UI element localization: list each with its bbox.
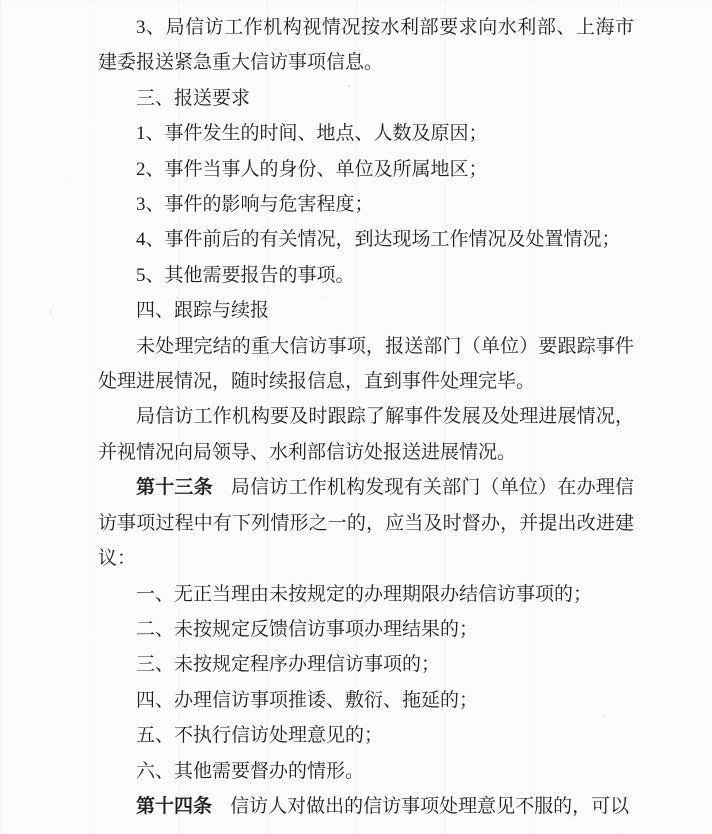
article-number: 第十三条: [136, 477, 213, 498]
document-page: 3、局信访工作机构视情况按水利部要求向水利部、上海市建委报送紧急重大信访事项信息…: [0, 0, 712, 834]
paragraph: 3、事件的影响与危害程度；: [98, 187, 634, 222]
document-body: 3、局信访工作机构视情况按水利部要求向水利部、上海市建委报送紧急重大信访事项信息…: [0, 10, 712, 824]
paragraph-text: 1、事件发生的时间、地点、人数及原因；: [136, 123, 488, 144]
paragraph: 四、跟踪与续报: [98, 293, 634, 328]
paragraph-text: 五、不执行信访处理意见的；: [136, 725, 383, 746]
paragraph-text: 六、其他需要督办的情形。: [136, 761, 364, 782]
paragraph-text: 3、事件的影响与危害程度；: [136, 194, 374, 215]
paragraph: 一、无正当理由未按规定的办理期限办结信访事项的；: [98, 577, 634, 612]
paragraph: 4、事件前后的有关情况，到达现场工作情况及处置情况；: [98, 222, 634, 257]
paragraph: 三、报送要求: [98, 81, 634, 116]
paragraph: 四、办理信访事项推诿、敷衍、拖延的；: [98, 683, 634, 718]
paragraph: 未处理完结的重大信访事项，报送部门（单位）要跟踪事件处理进展情况，随时续报信息，…: [98, 329, 634, 400]
paragraph: 二、未按规定反馈信访事项办理结果的；: [98, 612, 634, 647]
paragraph: 六、其他需要督办的情形。: [98, 754, 634, 789]
paragraph: 3、局信访工作机构视情况按水利部要求向水利部、上海市建委报送紧急重大信访事项信息…: [98, 10, 634, 81]
paragraph-text: 一、无正当理由未按规定的办理期限办结信访事项的；: [136, 584, 592, 605]
paragraph-text: 四、办理信访事项推诿、敷衍、拖延的；: [136, 690, 478, 711]
paragraph: 五、不执行信访处理意见的；: [98, 718, 634, 753]
paragraph-text: 5、其他需要报告的事项。: [136, 265, 355, 286]
paragraph-text: 未处理完结的重大信访事项，报送部门（单位）要跟踪事件处理进展情况，随时续报信息，…: [98, 336, 634, 392]
paragraph-text: 三、未按规定程序办理信访事项的；: [136, 654, 440, 675]
paragraph-text: 局信访工作机构要及时跟踪了解事件发展及处理进展情况，并视情况向局领导、水利部信访…: [98, 406, 634, 462]
paragraph: 1、事件发生的时间、地点、人数及原因；: [98, 116, 634, 151]
paragraph: 第十三条局信访工作机构发现有关部门（单位）在办理信访事项过程中有下列情形之一的，…: [98, 470, 634, 576]
article-number: 第十四条: [136, 796, 212, 817]
paragraph: 局信访工作机构要及时跟踪了解事件发展及处理进展情况，并视情况向局领导、水利部信访…: [98, 399, 634, 470]
paragraph: 第十四条信访人对做出的信访事项处理意见不服的，可以: [98, 789, 634, 824]
paragraph-text: 二、未按规定反馈信访事项办理结果的；: [136, 619, 478, 640]
paragraph-text: 信访人对做出的信访事项处理意见不服的，可以: [230, 796, 629, 817]
paragraph: 三、未按规定程序办理信访事项的；: [98, 647, 634, 682]
paragraph-text: 3、局信访工作机构视情况按水利部要求向水利部、上海市建委报送紧急重大信访事项信息…: [98, 17, 634, 73]
paragraph-text: 2、事件当事人的身份、单位及所属地区；: [136, 159, 488, 180]
paragraph-text: 4、事件前后的有关情况，到达现场工作情况及处置情况；: [136, 229, 621, 250]
paragraph: 2、事件当事人的身份、单位及所属地区；: [98, 152, 634, 187]
paragraph-text: 四、跟踪与续报: [136, 300, 269, 321]
paragraph: 5、其他需要报告的事项。: [98, 258, 634, 293]
paragraph-text: 三、报送要求: [136, 88, 250, 109]
